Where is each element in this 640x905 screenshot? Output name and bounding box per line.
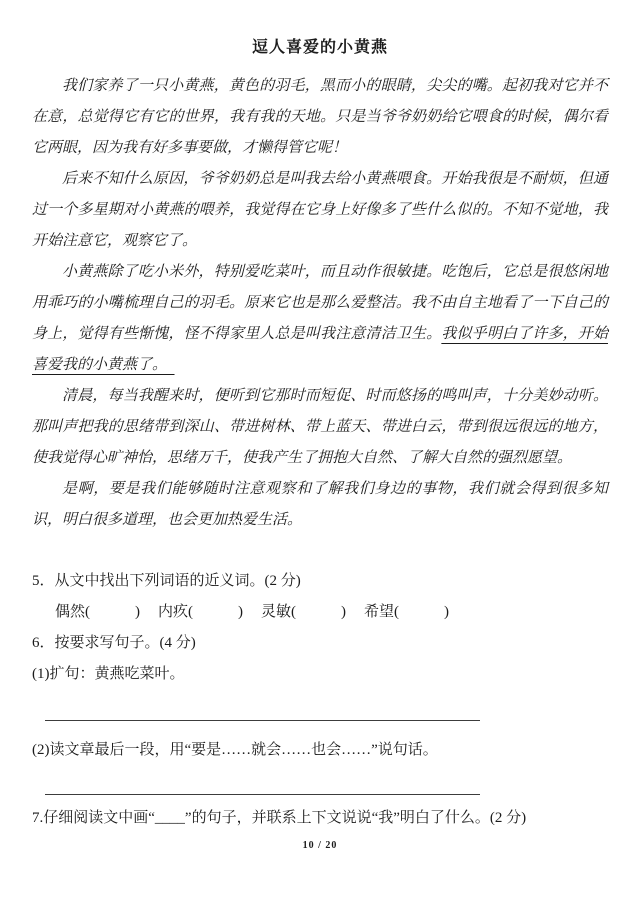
question-6-sub1: (1)扩句：黄燕吃菜叶。 [32, 659, 608, 690]
passage-paragraph-1: 我们家养了一只小黄燕，黄色的羽毛，黑而小的眼睛，尖尖的嘴。起初我对它并不在意，总… [32, 71, 608, 164]
question-5-label: 5．从文中找出下列词语的近义词。(2 分) [32, 566, 608, 597]
exam-page: 逗人喜爱的小黄燕 我们家养了一只小黄燕，黄色的羽毛，黑而小的眼睛，尖尖的嘴。起初… [0, 0, 640, 905]
reading-passage: 我们家养了一只小黄燕，黄色的羽毛，黑而小的眼睛，尖尖的嘴。起初我对它并不在意，总… [32, 71, 608, 536]
paragraph-text: 是啊，要是我们能够随时注意观察和了解我们身边的事物，我们就会得到很多知识，明白很… [32, 481, 608, 528]
question-6-sub2: (2)读文章最后一段，用“要是……就会……也会……”说句话。 [32, 735, 608, 766]
passage-paragraph-3: 小黄燕除了吃小米外，特别爱吃菜叶，而且动作很敏捷。吃饱后，它总是很悠闲地用乖巧的… [32, 257, 608, 381]
answer-line-1 [45, 720, 480, 721]
synonym-blank-neijiu: 内疚( ) [158, 597, 243, 628]
question-7-label: 7.仔细阅读文中画“____”的句子，并联系上下文说说“我”明白了什么。(2 分… [32, 803, 608, 834]
passage-paragraph-4: 清晨，每当我醒来时，便听到它那时而短促、时而悠扬的鸣叫声，十分美妙动听。那叫声把… [32, 381, 608, 474]
passage-paragraph-2: 后来不知什么原因，爷爷奶奶总是叫我去给小黄燕喂食。开始我很是不耐烦，但通过一个多… [32, 164, 608, 257]
answer-line-2 [45, 794, 480, 795]
page-title: 逗人喜爱的小黄燕 [32, 34, 608, 57]
paragraph-text: 我们家养了一只小黄燕，黄色的羽毛，黑而小的眼睛，尖尖的嘴。起初我对它并不在意，总… [32, 78, 608, 156]
question-section: 5．从文中找出下列词语的近义词。(2 分) 偶然( ) 内疚( ) 灵敏( ) … [32, 566, 608, 834]
question-5-synonym-blanks: 偶然( ) 内疚( ) 灵敏( ) 希望( ) [32, 597, 608, 628]
page-number: 10 / 20 [32, 840, 608, 851]
synonym-blank-ouran: 偶然( ) [55, 597, 140, 628]
paragraph-text: 后来不知什么原因，爷爷奶奶总是叫我去给小黄燕喂食。开始我很是不耐烦，但通过一个多… [32, 171, 608, 249]
passage-paragraph-5: 是啊，要是我们能够随时注意观察和了解我们身边的事物，我们就会得到很多知识，明白很… [32, 474, 608, 536]
synonym-blank-lingmin: 灵敏( ) [261, 597, 346, 628]
synonym-blank-xiwang: 希望( ) [364, 597, 449, 628]
paragraph-text: 清晨，每当我醒来时，便听到它那时而短促、时而悠扬的鸣叫声，十分美妙动听。那叫声把… [32, 388, 608, 466]
question-6-label: 6．按要求写句子。(4 分) [32, 628, 608, 659]
